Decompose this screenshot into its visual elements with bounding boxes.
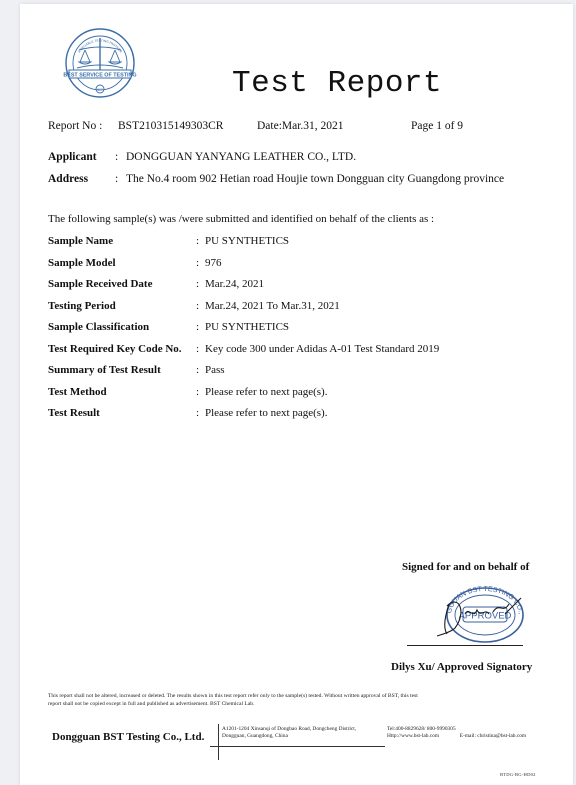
applicant-value: DONGGUAN YANYANG LEATHER CO., LTD.	[126, 151, 356, 163]
sample-row-label: Test Method	[48, 386, 107, 398]
sample-row-value: Mar.24, 2021 To Mar.31, 2021	[205, 300, 340, 312]
page-indicator: Page 1 of 9	[411, 120, 463, 132]
report-no-label: Report No :	[48, 120, 102, 132]
scales-of-justice-seal-icon: BEST SERVICE OF TESTING A RELIABLE TESTI…	[63, 26, 137, 100]
footer-address-line-2: Dongguan, Guangdong, China	[222, 733, 356, 740]
sample-row-label: Testing Period	[48, 300, 116, 312]
report-page: BEST SERVICE OF TESTING A RELIABLE TESTI…	[20, 4, 573, 785]
footer-website: Http://www.bst-lab.com	[387, 733, 439, 739]
sample-row-value: Please refer to next page(s).	[205, 407, 327, 419]
footer-divider-horizontal	[210, 746, 385, 747]
footer-company-name: Dongguan BST Testing Co., Ltd.	[52, 731, 204, 743]
footer-address: A1201-1204 Xinsanqi of Dongbao Road, Don…	[222, 726, 356, 740]
sample-row-value: Pass	[205, 364, 225, 376]
sample-row-value: PU SYNTHETICS	[205, 321, 289, 333]
address-colon: :	[115, 173, 118, 185]
disclaimer-line-1: This report shall not be altered, increa…	[48, 693, 418, 701]
footer-address-line-1: A1201-1204 Xinsanqi of Dongbao Road, Don…	[222, 726, 356, 733]
sample-row-colon: :	[196, 343, 199, 355]
sample-row-label: Test Required Key Code No.	[48, 343, 182, 355]
sample-row-colon: :	[196, 364, 199, 376]
svg-text:BST: BST	[97, 88, 103, 92]
report-date: Date:Mar.31, 2021	[257, 120, 344, 132]
footer-contact: Tel:400-8829628/ 800-9990305 Http://www.…	[387, 726, 526, 740]
svg-text:BEST SERVICE OF TESTING: BEST SERVICE OF TESTING	[63, 73, 136, 79]
sample-row-colon: :	[196, 235, 199, 247]
sample-row-colon: :	[196, 278, 199, 290]
footer-divider-vertical	[218, 724, 219, 760]
sample-row-colon: :	[196, 321, 199, 333]
sample-row-label: Summary of Test Result	[48, 364, 161, 376]
approved-stamp-icon: DONGGUAN BST TESTING CO., LTD APPROVED	[425, 584, 555, 646]
sample-row-value: 976	[205, 257, 222, 269]
address-label: Address	[48, 173, 88, 185]
applicant-label: Applicant	[48, 151, 97, 163]
applicant-colon: :	[115, 151, 118, 163]
sample-row-label: Sample Classification	[48, 321, 149, 333]
footer-tel: Tel:400-8829628/ 800-9990305	[387, 726, 526, 733]
address-value: The No.4 room 902 Hetian road Houjie tow…	[126, 173, 504, 185]
sample-row-label: Sample Received Date	[48, 278, 152, 290]
sample-row-value: PU SYNTHETICS	[205, 235, 289, 247]
sample-row-colon: :	[196, 386, 199, 398]
document-id: BTDG-BG-HD02	[500, 772, 536, 777]
sample-row-value: Please refer to next page(s).	[205, 386, 327, 398]
sample-row-colon: :	[196, 257, 199, 269]
page-title: Test Report	[232, 66, 442, 101]
signature-line	[407, 645, 523, 646]
sample-row-label: Sample Name	[48, 235, 113, 247]
sample-row-value: Key code 300 under Adidas A-01 Test Stan…	[205, 343, 439, 355]
sample-row-colon: :	[196, 407, 199, 419]
sample-row-label: Test Result	[48, 407, 100, 419]
sample-row-colon: :	[196, 300, 199, 312]
sample-row-label: Sample Model	[48, 257, 116, 269]
signed-for-text: Signed for and on behalf of	[402, 561, 529, 573]
disclaimer-line-2: report shall not be copied except in ful…	[48, 701, 255, 709]
sample-row-value: Mar.24, 2021	[205, 278, 264, 290]
report-no-value: BST210315149303CR	[118, 120, 223, 132]
intro-text: The following sample(s) was /were submit…	[48, 213, 434, 225]
signatory-name: Dilys Xu/ Approved Signatory	[391, 661, 532, 673]
footer-email: E-mail: christina@bst-lab.com	[460, 733, 526, 739]
